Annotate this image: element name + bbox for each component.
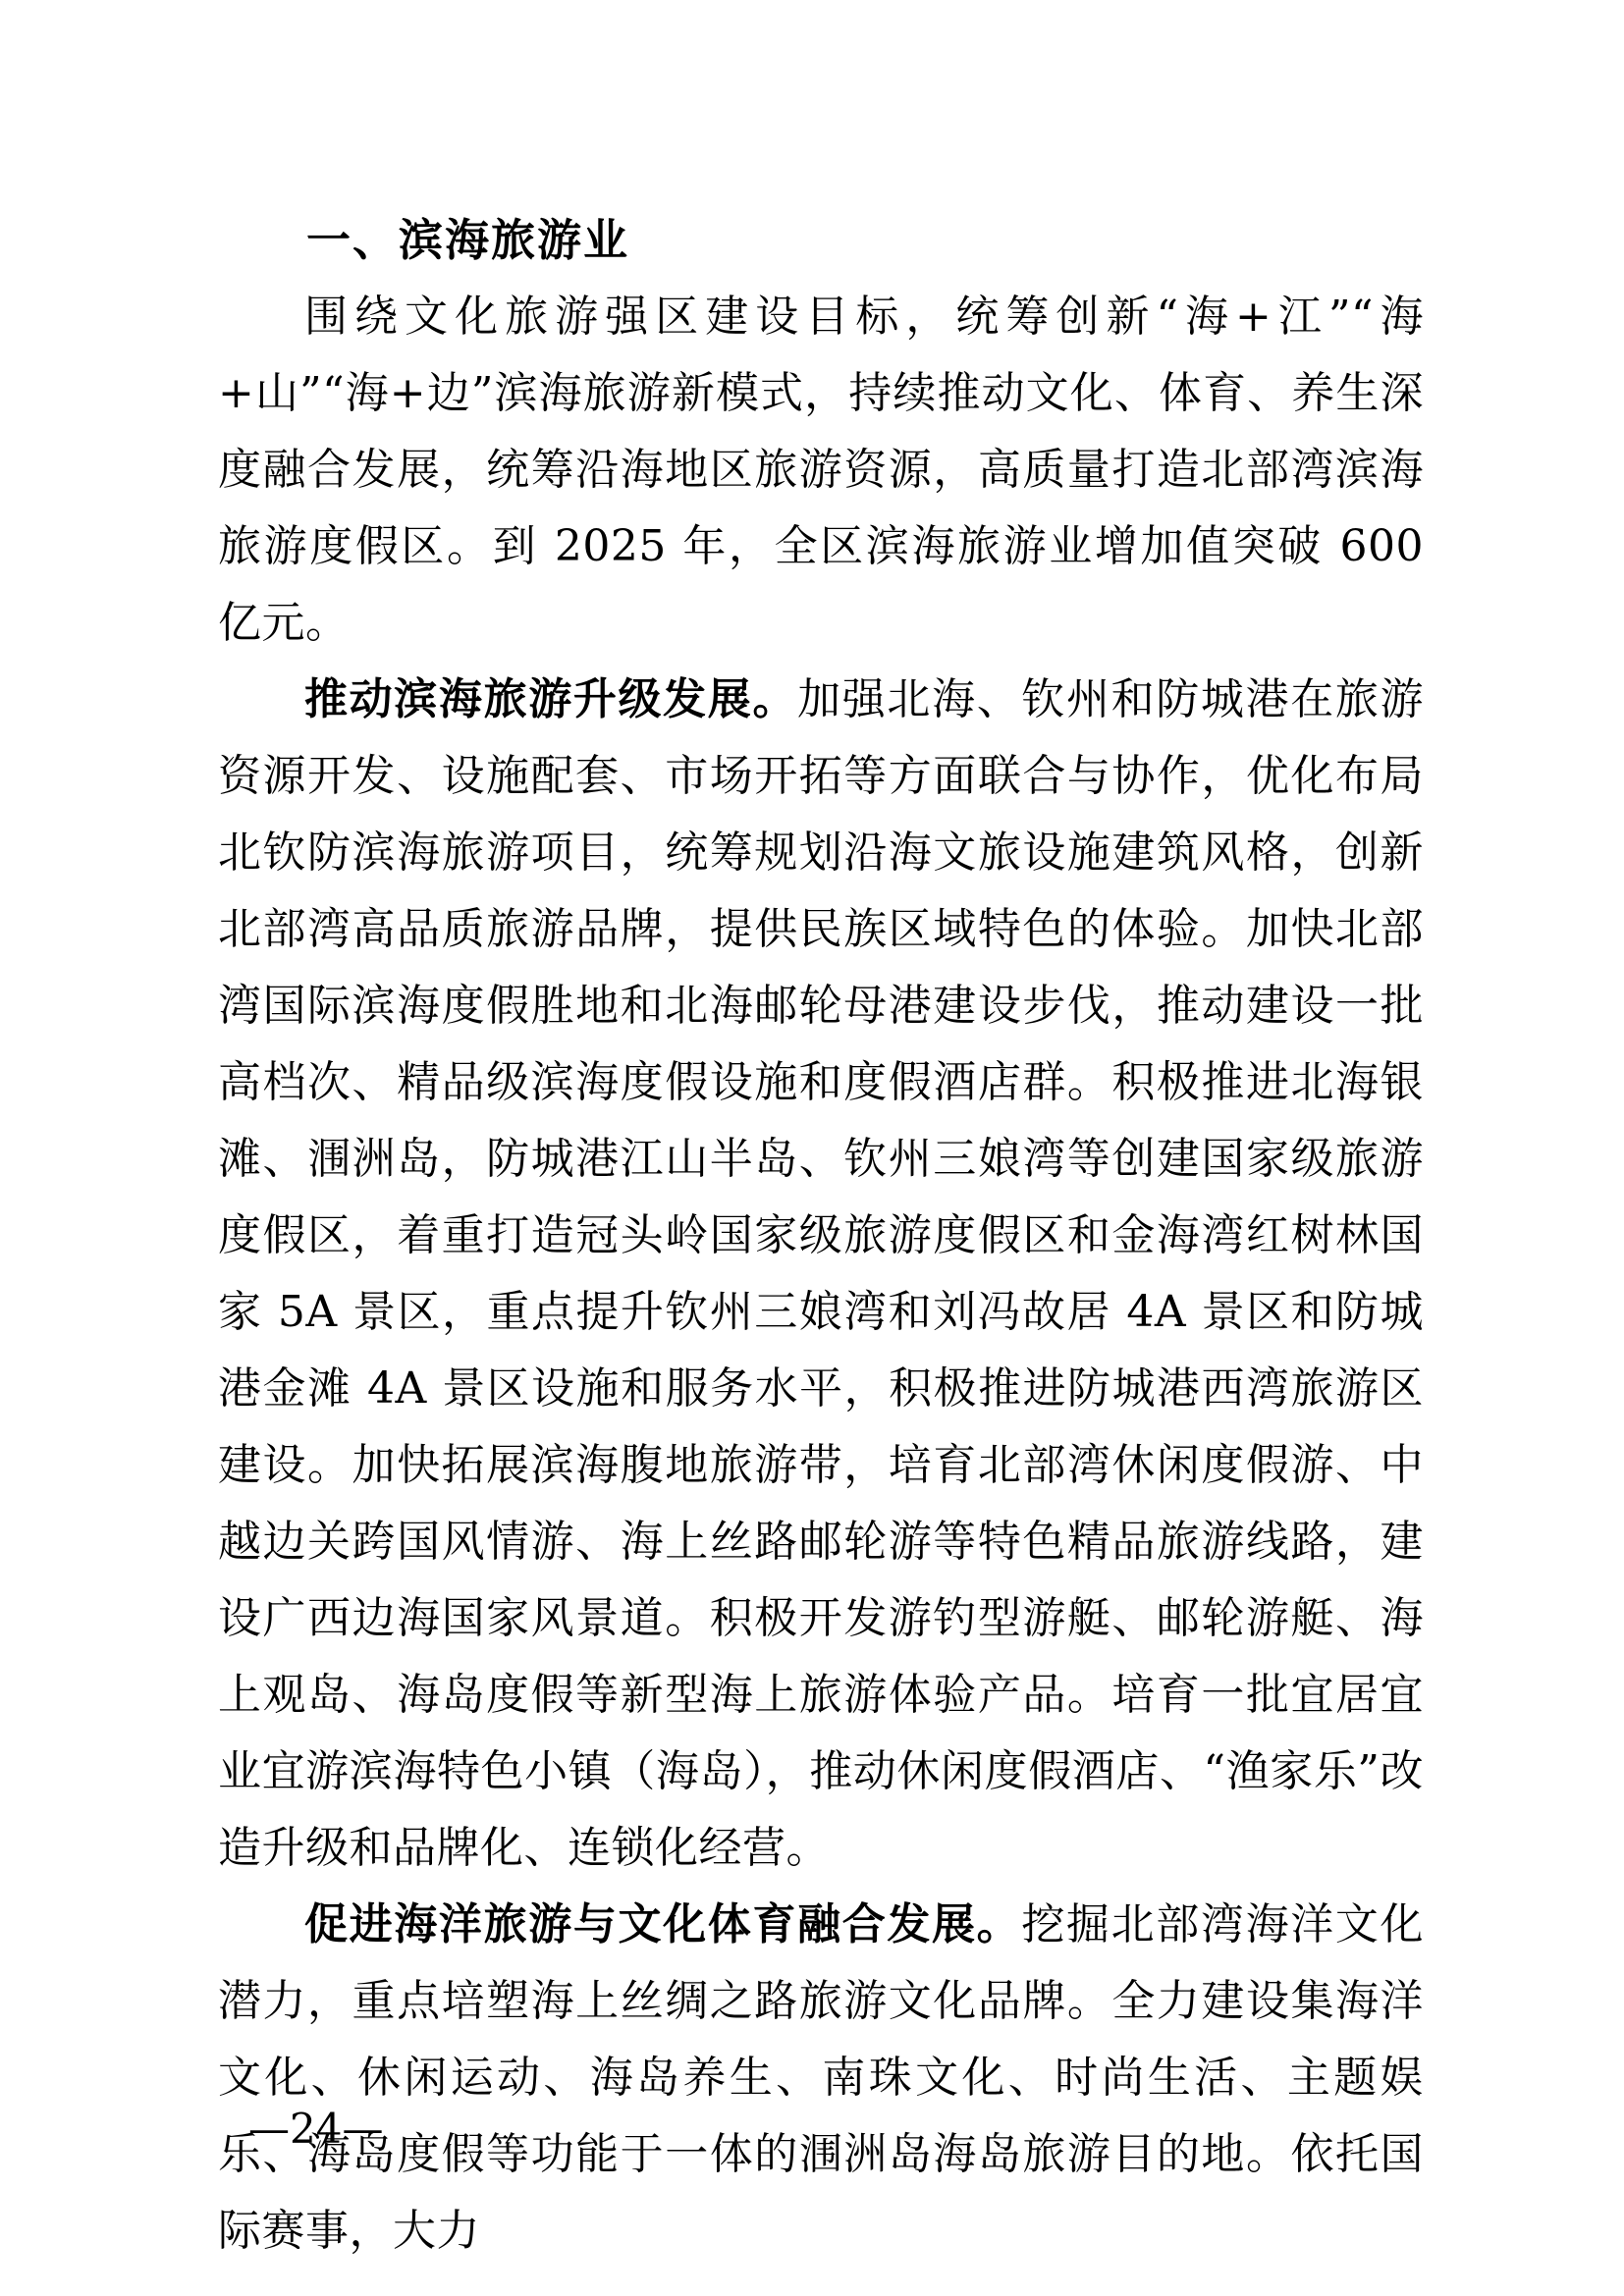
page-number: —24— xyxy=(248,2107,383,2152)
document-body: 一、滨海旅游业 围绕文化旅游强区建设目标，统筹创新“海+江”“海+山”“海+边”… xyxy=(218,202,1424,2269)
paragraph-overview: 围绕文化旅游强区建设目标，统筹创新“海+江”“海+山”“海+边”滨海旅游新模式，… xyxy=(218,279,1424,662)
paragraph-upgrade-development-text: 加强北海、钦州和防城港在旅游资源开发、设施配套、市场开拓等方面联合与协作，优化布… xyxy=(218,674,1424,1873)
paragraph-overview-text: 围绕文化旅游强区建设目标，统筹创新“海+江”“海+山”“海+边”滨海旅游新模式，… xyxy=(218,292,1424,648)
document-page: 一、滨海旅游业 围绕文化旅游强区建设目标，统筹创新“海+江”“海+山”“海+边”… xyxy=(0,0,1624,2296)
paragraph-culture-sports-integration: 促进海洋旅游与文化体育融合发展。挖掘北部湾海洋文化潜力，重点培塑海上丝绸之路旅游… xyxy=(218,1887,1424,2269)
paragraph-culture-sports-integration-text: 挖掘北部湾海洋文化潜力，重点培塑海上丝绸之路旅游文化品牌。全力建设集海洋文化、休… xyxy=(218,1899,1424,2256)
paragraph-culture-sports-integration-lead: 促进海洋旅游与文化体育融合发展。 xyxy=(304,1899,1021,1949)
section-heading: 一、滨海旅游业 xyxy=(218,202,1424,279)
paragraph-upgrade-development-lead: 推动滨海旅游升级发展。 xyxy=(304,674,797,724)
paragraph-upgrade-development: 推动滨海旅游升级发展。加强北海、钦州和防城港在旅游资源开发、设施配套、市场开拓等… xyxy=(218,662,1424,1887)
